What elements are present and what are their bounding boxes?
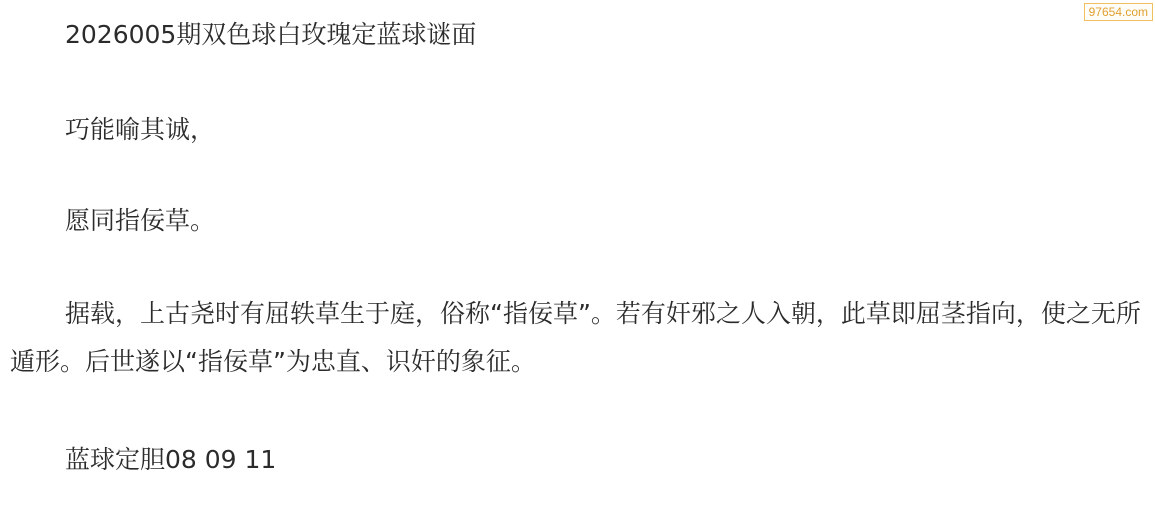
blue-ball-picks: 蓝球定胆08 09 11: [10, 436, 1145, 484]
riddle-explanation: 据载，上古尧时有屈轶草生于庭，俗称“指佞草”。若有奸邪之人入朝，此草即屈茎指向，…: [10, 290, 1150, 386]
riddle-line-1: 巧能喻其诚，: [10, 106, 1145, 154]
article-title: 2026005期双色球白玫瑰定蓝球谜面: [10, 11, 1145, 59]
riddle-line-2: 愿同指佞草。: [10, 197, 1145, 245]
